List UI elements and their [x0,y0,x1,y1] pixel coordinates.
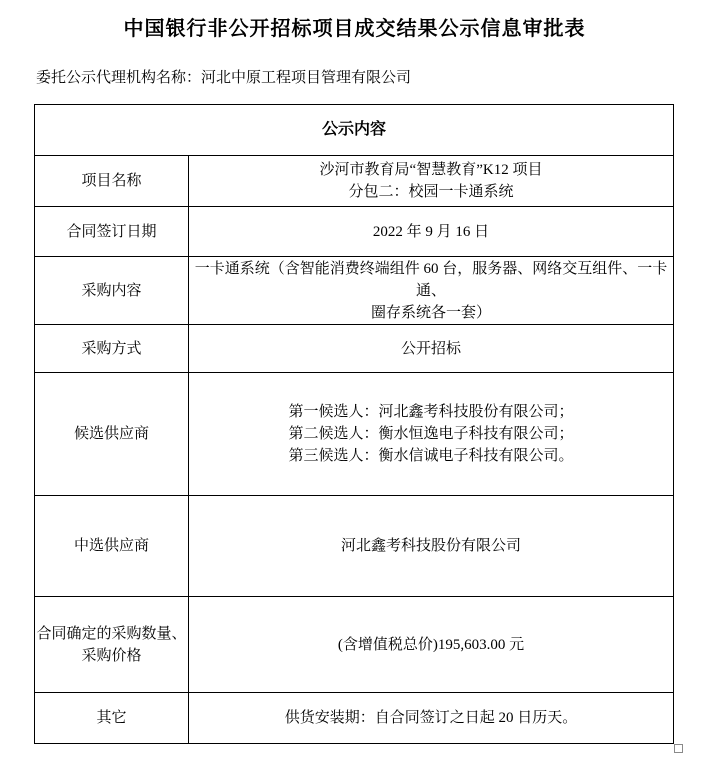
row-label-project-name: 项目名称 [35,156,189,207]
row-value-contract-sign-date: 2022 年 9 月 16 日 [189,207,674,257]
row-label-contract-sign-date: 合同签订日期 [35,207,189,257]
table-row-other: 其它 供货安装期：自合同签订之日起 20 日历天。 [35,693,674,744]
row-label-selected-supplier: 中选供应商 [35,496,189,597]
table-row-procurement-method: 采购方式 公开招标 [35,325,674,373]
table-row-selected-supplier: 中选供应商 河北鑫考科技股份有限公司 [35,496,674,597]
row-value-other: 供货安装期：自合同签订之日起 20 日历天。 [189,693,674,744]
table-header-row: 公示内容 [35,105,674,156]
publicity-content-table: 公示内容 项目名称 沙河市教育局“智慧教育”K12 项目 分包二：校园一卡通系统… [34,104,674,744]
table-row-procurement-content: 采购内容 一卡通系统（含智能消费终端组件 60 台，服务器、网络交互组件、一卡通… [35,257,674,325]
row-value-contract-quantity-price: (含增值税总价)195,603.00 元 [189,597,674,693]
end-of-document-marker-icon [674,744,683,753]
table-header-publicity-content: 公示内容 [35,105,674,156]
document-title: 中国银行非公开招标项目成交结果公示信息审批表 [0,12,709,41]
approval-form-page: 中国银行非公开招标项目成交结果公示信息审批表 委托公示代理机构名称：河北中原工程… [0,0,709,759]
row-value-procurement-content: 一卡通系统（含智能消费终端组件 60 台，服务器、网络交互组件、一卡通、 圈存系… [189,257,674,325]
row-value-procurement-method: 公开招标 [189,325,674,373]
row-label-contract-quantity-price: 合同确定的采购数量、 采购价格 [35,597,189,693]
table-row-contract-sign-date: 合同签订日期 2022 年 9 月 16 日 [35,207,674,257]
table-row-project-name: 项目名称 沙河市教育局“智慧教育”K12 项目 分包二：校园一卡通系统 [35,156,674,207]
row-label-candidate-suppliers: 候选供应商 [35,373,189,496]
row-value-candidate-suppliers: 第一候选人：河北鑫考科技股份有限公司； 第二候选人：衡水恒逸电子科技有限公司； … [189,373,674,496]
row-value-selected-supplier: 河北鑫考科技股份有限公司 [189,496,674,597]
row-label-procurement-method: 采购方式 [35,325,189,373]
table-row-candidate-suppliers: 候选供应商 第一候选人：河北鑫考科技股份有限公司； 第二候选人：衡水恒逸电子科技… [35,373,674,496]
agency-name-line: 委托公示代理机构名称：河北中原工程项目管理有限公司 [36,66,411,87]
table-row-contract-quantity-price: 合同确定的采购数量、 采购价格 (含增值税总价)195,603.00 元 [35,597,674,693]
row-value-project-name: 沙河市教育局“智慧教育”K12 项目 分包二：校园一卡通系统 [189,156,674,207]
row-label-procurement-content: 采购内容 [35,257,189,325]
row-label-other: 其它 [35,693,189,744]
